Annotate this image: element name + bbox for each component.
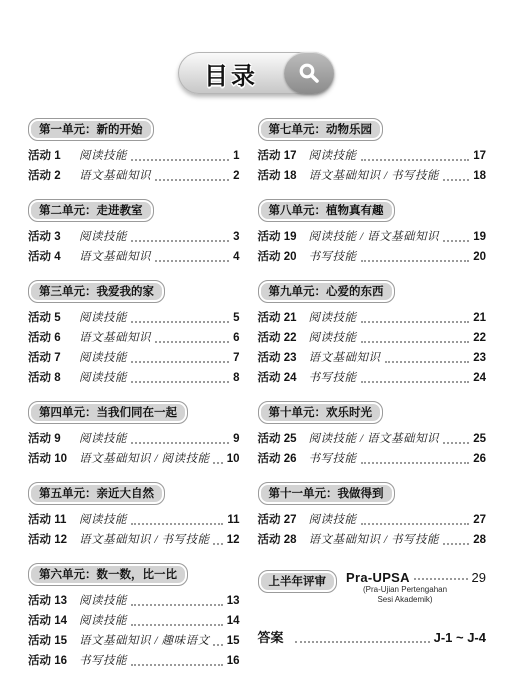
dotted-leader <box>361 321 470 323</box>
page-number: 27 <box>473 510 486 530</box>
answers-page-number: J-1 ~ J-4 <box>434 628 486 648</box>
dotted-leader <box>155 341 229 343</box>
toc-row: 活动 4语文基础知识4 <box>28 247 240 267</box>
toc-row: 活动 9阅读技能9 <box>28 429 240 449</box>
dotted-leader <box>361 341 470 343</box>
toc-content: 第一单元：新的开始活动 1阅读技能1活动 2语文基础知识2第二单元：走进教室活动… <box>0 94 512 684</box>
toc-row: 活动 11阅读技能11 <box>28 510 240 530</box>
page-number: 26 <box>473 449 486 469</box>
activity-number: 活动 11 <box>28 510 72 530</box>
dotted-leader <box>131 240 229 242</box>
toc-row: 活动 8阅读技能8 <box>28 368 240 388</box>
unit-section: 第六单元：数一数，比一比活动 13阅读技能13活动 14阅读技能14活动 15语… <box>28 563 240 671</box>
page-number: 12 <box>227 530 240 550</box>
toc-row: 活动 19阅读技能 / 语文基础知识19 <box>258 227 486 247</box>
activity-label: 阅读技能 <box>79 368 127 388</box>
answers-label: 答案 <box>258 628 284 648</box>
activity-number: 活动 7 <box>28 348 72 368</box>
dotted-leader <box>385 361 470 363</box>
dotted-leader <box>131 321 229 323</box>
activity-label: 阅读技能 <box>79 611 127 631</box>
page-number: 13 <box>227 591 240 611</box>
activity-number: 活动 17 <box>258 146 302 166</box>
activity-label: 语文基础知识 <box>79 328 151 348</box>
activity-number: 活动 14 <box>28 611 72 631</box>
page-number: 9 <box>233 429 239 449</box>
unit-section: 第二单元：走进教室活动 3阅读技能3活动 4语文基础知识4 <box>28 199 240 267</box>
activity-label: 阅读技能 / 语文基础知识 <box>309 429 439 449</box>
toc-row: 活动 2语文基础知识2 <box>28 166 240 186</box>
page-number: 1 <box>233 146 239 166</box>
activity-label: 阅读技能 <box>309 328 357 348</box>
dotted-leader <box>131 159 229 161</box>
dotted-leader <box>155 260 229 262</box>
page-number: 23 <box>473 348 486 368</box>
search-icon <box>284 52 334 94</box>
page-number: 16 <box>227 651 240 671</box>
activity-label: 书写技能 <box>79 651 127 671</box>
page-number: 22 <box>473 328 486 348</box>
review-badge: 上半年评审 <box>258 570 338 593</box>
toc-row: 活动 21阅读技能21 <box>258 308 486 328</box>
activity-number: 活动 16 <box>28 651 72 671</box>
activity-number: 活动 1 <box>28 146 72 166</box>
page-number: 7 <box>233 348 239 368</box>
activity-number: 活动 4 <box>28 247 72 267</box>
activity-label: 阅读技能 <box>79 348 127 368</box>
activity-label: 阅读技能 / 语文基础知识 <box>309 227 439 247</box>
activity-label: 阅读技能 <box>79 146 127 166</box>
unit-header: 第一单元：新的开始 <box>28 118 154 141</box>
page-number: 20 <box>473 247 486 267</box>
dotted-leader <box>443 240 469 242</box>
toc-row: 活动 27阅读技能27 <box>258 510 486 530</box>
dotted-leader <box>361 381 470 383</box>
activity-number: 活动 5 <box>28 308 72 328</box>
dotted-leader <box>131 523 223 525</box>
dotted-leader <box>131 604 223 606</box>
activity-label: 语文基础知识 / 书写技能 <box>309 530 439 550</box>
unit-header: 第九单元：心爱的东西 <box>258 280 395 303</box>
activity-number: 活动 12 <box>28 530 72 550</box>
page-number: 11 <box>227 510 239 530</box>
unit-header: 第八单元：植物真有趣 <box>258 199 395 222</box>
activity-number: 活动 13 <box>28 591 72 611</box>
toc-column-right: 第七单元：动物乐园活动 17阅读技能17活动 18语文基础知识 / 书写技能18… <box>258 118 486 684</box>
activity-label: 语文基础知识 / 趣味语文 <box>79 631 209 651</box>
page-number: 10 <box>227 449 240 469</box>
activity-label: 阅读技能 <box>79 227 127 247</box>
dotted-leader <box>131 381 229 383</box>
activity-number: 活动 23 <box>258 348 302 368</box>
dotted-leader <box>361 523 470 525</box>
toc-row: 活动 3阅读技能3 <box>28 227 240 247</box>
unit-section: 第一单元：新的开始活动 1阅读技能1活动 2语文基础知识2 <box>28 118 240 186</box>
activity-label: 阅读技能 <box>309 146 357 166</box>
activity-number: 活动 19 <box>258 227 302 247</box>
activity-label: 书写技能 <box>309 368 357 388</box>
toc-row: 活动 10语文基础知识 / 阅读技能10 <box>28 449 240 469</box>
dotted-leader <box>131 361 229 363</box>
toc-row: 活动 7阅读技能7 <box>28 348 240 368</box>
activity-number: 活动 10 <box>28 449 72 469</box>
page-number: 5 <box>233 308 239 328</box>
toc-row: 活动 24书写技能24 <box>258 368 486 388</box>
review-subtitle-line1: (Pra-Ujian Pertengahan <box>346 585 464 595</box>
review-subtitle-line2: Sesi Akademik) <box>346 595 464 605</box>
activity-label: 阅读技能 <box>79 591 127 611</box>
activity-number: 活动 15 <box>28 631 72 651</box>
dotted-leader <box>361 462 470 464</box>
unit-section: 第三单元：我爱我的家活动 5阅读技能5活动 6语文基础知识6活动 7阅读技能7活… <box>28 280 240 388</box>
page-number: 14 <box>227 611 240 631</box>
dotted-leader <box>295 641 430 643</box>
toc-row: 活动 12语文基础知识 / 书写技能12 <box>28 530 240 550</box>
activity-number: 活动 20 <box>258 247 302 267</box>
page-number: 19 <box>473 227 486 247</box>
toc-row: 活动 20书写技能20 <box>258 247 486 267</box>
review-title: Pra-UPSA <box>346 570 410 585</box>
page-number: 6 <box>233 328 239 348</box>
activity-label: 书写技能 <box>309 247 357 267</box>
dotted-leader <box>213 644 222 646</box>
activity-label: 语文基础知识 / 书写技能 <box>309 166 439 186</box>
toc-row: 活动 26书写技能26 <box>258 449 486 469</box>
activity-label: 阅读技能 <box>79 510 127 530</box>
toc-row: 活动 14阅读技能14 <box>28 611 240 631</box>
review-subtitle: (Pra-Ujian Pertengahan Sesi Akademik) <box>346 585 464 606</box>
toc-row: 活动 28语文基础知识 / 书写技能28 <box>258 530 486 550</box>
activity-label: 阅读技能 <box>309 510 357 530</box>
toc-row: 活动 13阅读技能13 <box>28 591 240 611</box>
activity-number: 活动 9 <box>28 429 72 449</box>
toc-row: 活动 18语文基础知识 / 书写技能18 <box>258 166 486 186</box>
dotted-leader <box>131 664 223 666</box>
page-number: 21 <box>473 308 486 328</box>
activity-number: 活动 27 <box>258 510 302 530</box>
page-number: 28 <box>473 530 486 550</box>
review-page-number: 29 <box>472 570 486 585</box>
activity-number: 活动 3 <box>28 227 72 247</box>
unit-section: 第八单元：植物真有趣活动 19阅读技能 / 语文基础知识19活动 20书写技能2… <box>258 199 486 267</box>
toc-row: 活动 6语文基础知识6 <box>28 328 240 348</box>
activity-number: 活动 2 <box>28 166 72 186</box>
dotted-leader <box>443 179 469 181</box>
unit-section: 第十单元：欢乐时光活动 25阅读技能 / 语文基础知识25活动 26书写技能26 <box>258 401 486 469</box>
activity-number: 活动 24 <box>258 368 302 388</box>
activity-number: 活动 8 <box>28 368 72 388</box>
unit-section: 第十一单元：我做得到活动 27阅读技能27活动 28语文基础知识 / 书写技能2… <box>258 482 486 550</box>
activity-label: 语文基础知识 <box>79 247 151 267</box>
page-number: 24 <box>473 368 486 388</box>
page-number: 18 <box>473 166 486 186</box>
activity-label: 语文基础知识 <box>79 166 151 186</box>
unit-header: 第七单元：动物乐园 <box>258 118 384 141</box>
unit-header: 第六单元：数一数，比一比 <box>28 563 188 586</box>
toc-row: 活动 5阅读技能5 <box>28 308 240 328</box>
unit-header: 第三单元：我爱我的家 <box>28 280 165 303</box>
toc-row: 活动 25阅读技能 / 语文基础知识25 <box>258 429 486 449</box>
activity-number: 活动 22 <box>258 328 302 348</box>
page-number: 17 <box>473 146 486 166</box>
activity-label: 语文基础知识 / 书写技能 <box>79 530 209 550</box>
page-header: 目录 <box>0 0 512 94</box>
toc-title-capsule: 目录 <box>178 52 334 94</box>
activity-label: 语文基础知识 / 阅读技能 <box>79 449 209 469</box>
review-details: Pra-UPSA 29 (Pra-Ujian Pertengahan Sesi … <box>346 570 486 606</box>
unit-header: 第十单元：欢乐时光 <box>258 401 384 424</box>
unit-section: 第七单元：动物乐园活动 17阅读技能17活动 18语文基础知识 / 书写技能18 <box>258 118 486 186</box>
activity-number: 活动 25 <box>258 429 302 449</box>
unit-section: 第四单元：当我们同在一起活动 9阅读技能9活动 10语文基础知识 / 阅读技能1… <box>28 401 240 469</box>
unit-section: 第九单元：心爱的东西活动 21阅读技能21活动 22阅读技能22活动 23语文基… <box>258 280 486 388</box>
unit-header: 第十一单元：我做得到 <box>258 482 395 505</box>
dotted-leader <box>443 442 469 444</box>
unit-header: 第二单元：走进教室 <box>28 199 154 222</box>
page-number: 4 <box>233 247 239 267</box>
page-title: 目录 <box>178 52 284 94</box>
toc-row: 活动 16书写技能16 <box>28 651 240 671</box>
toc-row: 活动 15语文基础知识 / 趣味语文15 <box>28 631 240 651</box>
unit-header: 第五单元：亲近大自然 <box>28 482 165 505</box>
activity-label: 语文基础知识 <box>309 348 381 368</box>
answers-entry: 答案 J-1 ~ J-4 <box>258 628 486 648</box>
dotted-leader <box>213 462 222 464</box>
dotted-leader <box>131 442 229 444</box>
page-number: 8 <box>233 368 239 388</box>
toc-column-left: 第一单元：新的开始活动 1阅读技能1活动 2语文基础知识2第二单元：走进教室活动… <box>28 118 240 684</box>
unit-section: 第五单元：亲近大自然活动 11阅读技能11活动 12语文基础知识 / 书写技能1… <box>28 482 240 550</box>
activity-label: 书写技能 <box>309 449 357 469</box>
dotted-leader <box>361 260 470 262</box>
toc-row: 活动 1阅读技能1 <box>28 146 240 166</box>
dotted-leader <box>443 543 469 545</box>
activity-number: 活动 26 <box>258 449 302 469</box>
page-number: 25 <box>473 429 486 449</box>
activity-label: 阅读技能 <box>309 308 357 328</box>
toc-row: 活动 17阅读技能17 <box>258 146 486 166</box>
dotted-leader <box>155 179 229 181</box>
midyear-review-entry: 上半年评审 Pra-UPSA 29 (Pra-Ujian Pertengahan… <box>258 570 486 606</box>
toc-row: 活动 23语文基础知识23 <box>258 348 486 368</box>
dotted-leader <box>361 159 470 161</box>
dotted-leader <box>131 624 223 626</box>
unit-header: 第四单元：当我们同在一起 <box>28 401 188 424</box>
activity-number: 活动 21 <box>258 308 302 328</box>
page-number: 15 <box>227 631 240 651</box>
activity-number: 活动 18 <box>258 166 302 186</box>
activity-number: 活动 6 <box>28 328 72 348</box>
page-number: 3 <box>233 227 239 247</box>
dotted-leader <box>213 543 222 545</box>
page-number: 2 <box>233 166 239 186</box>
activity-label: 阅读技能 <box>79 308 127 328</box>
activity-label: 阅读技能 <box>79 429 127 449</box>
dotted-leader <box>414 578 468 580</box>
activity-number: 活动 28 <box>258 530 302 550</box>
toc-row: 活动 22阅读技能22 <box>258 328 486 348</box>
